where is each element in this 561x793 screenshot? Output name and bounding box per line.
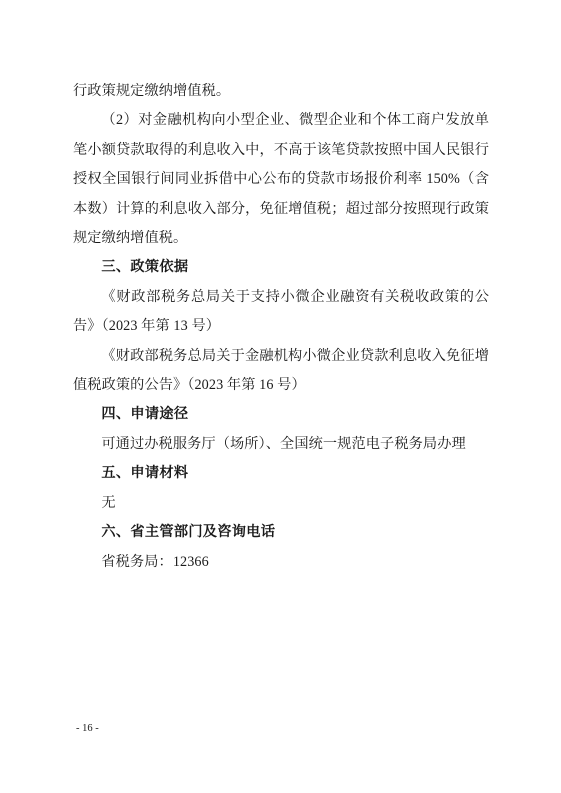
- paragraph-announcement-2023-no16: 《财政部税务总局关于金融机构小微企业贷款利息收入免征增值税政策的公告》（2023…: [73, 342, 489, 401]
- paragraph-item-2-small-loan-interest: （2）对金融机构向小型企业、微型企业和个体工商户发放单笔小额贷款取得的利息收入中…: [73, 106, 489, 253]
- heading-section-5-application-materials: 五、申请材料: [73, 459, 489, 488]
- paragraph-application-channel: 可通过办税服务厅（场所）、全国统一规范电子税务局办理: [73, 430, 489, 459]
- heading-section-6-department-and-phone: 六、省主管部门及咨询电话: [73, 518, 489, 547]
- document-body: 行政策规定缴纳增值税。 （2）对金融机构向小型企业、微型企业和个体工商户发放单笔…: [73, 77, 489, 577]
- page-footer: - 16 -: [76, 721, 99, 736]
- heading-section-3-policy-basis: 三、政策依据: [73, 253, 489, 282]
- paragraph-announcement-2023-no13: 《财政部税务总局关于支持小微企业融资有关税收政策的公告》（2023 年第 13 …: [73, 283, 489, 342]
- paragraph-prev-page-continuation: 行政策规定缴纳增值税。: [73, 77, 489, 106]
- paragraph-application-materials-none: 无: [73, 489, 489, 518]
- heading-section-4-application-channel: 四、申请途径: [73, 400, 489, 429]
- document-page: 行政策规定缴纳增值税。 （2）对金融机构向小型企业、微型企业和个体工商户发放单笔…: [0, 0, 561, 793]
- paragraph-provincial-tax-bureau-phone: 省税务局：12366: [73, 548, 489, 577]
- page-number: - 16 -: [76, 723, 99, 734]
